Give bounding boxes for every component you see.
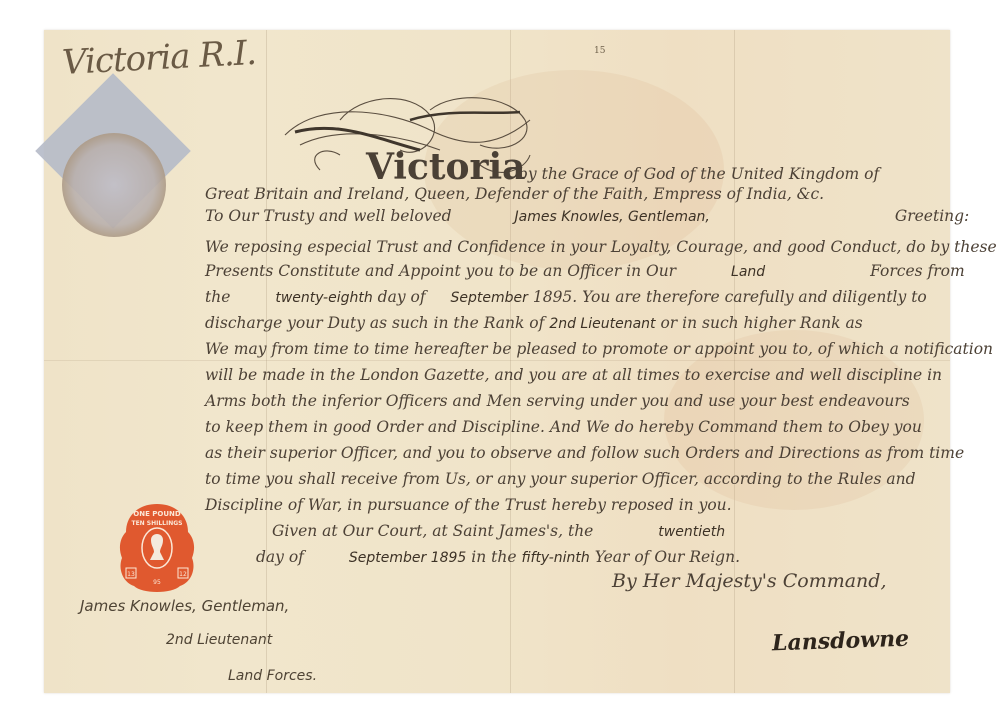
body-line-11: to keep them in good Order and Disciplin… xyxy=(205,418,922,436)
body-line-1: by the Grace of God of the United Kingdo… xyxy=(518,165,879,183)
fold-line xyxy=(266,30,267,693)
body-line-9: will be made in the London Gazette, and … xyxy=(205,366,942,384)
filled-forces: Land xyxy=(731,264,765,280)
body-line-8: We may from time to time hereafter be pl… xyxy=(205,340,993,358)
body-line-10: Arms both the inferior Officers and Men … xyxy=(205,392,910,410)
filled-day: twenty-eighth xyxy=(275,290,372,306)
filled-given-day: twentieth xyxy=(658,524,725,540)
body-line-2: Great Britain and Ireland, Queen, Defend… xyxy=(205,185,824,203)
body-line-3: To Our Trusty and well beloved James Kno… xyxy=(205,207,969,225)
body-line-5: Presents Constitute and Appoint you to b… xyxy=(205,262,965,280)
docket-force: Land Forces. xyxy=(228,668,317,684)
given-at-line: Given at Our Court, at Saint James's, th… xyxy=(272,522,725,540)
filled-month: September xyxy=(451,290,528,306)
body-line-14: Discipline of War, in pursuance of the T… xyxy=(205,496,732,514)
body-line-7: discharge your Duty as such in the Rank … xyxy=(205,314,863,332)
page-number: 15 xyxy=(594,46,605,56)
filled-name: James Knowles, Gentleman, xyxy=(515,209,710,225)
minister-signature: Lansdowne xyxy=(772,626,910,657)
body-line-4: We reposing especial Trust and Confidenc… xyxy=(205,238,997,256)
docket-name: James Knowles, Gentleman, xyxy=(80,597,289,615)
body-line-12: as their superior Officer, and you to ob… xyxy=(205,444,964,462)
filled-rank: 2nd Lieutenant xyxy=(549,316,655,332)
document-title: Victoria xyxy=(366,146,526,188)
svg-text:TEN SHILLINGS: TEN SHILLINGS xyxy=(131,520,182,527)
svg-text:95: 95 xyxy=(153,579,161,586)
body-line-13: to time you shall receive from Us, or an… xyxy=(205,470,916,488)
filled-given-month-year: September 1895 xyxy=(349,550,466,566)
docket-rank: 2nd Lieutenant xyxy=(166,632,272,648)
reign-year-line: day of September 1895 in the fifty-ninth… xyxy=(256,548,740,566)
svg-text:13: 13 xyxy=(127,571,135,578)
filled-reign-year: fifty-ninth xyxy=(521,550,589,566)
wafer-seal xyxy=(62,133,166,237)
svg-text:ONE POUND: ONE POUND xyxy=(133,510,181,518)
svg-text:12: 12 xyxy=(179,571,187,578)
body-line-6: the twenty-eighth day of September 1895.… xyxy=(205,288,927,306)
command-line: By Her Majesty's Command, xyxy=(612,570,887,592)
revenue-stamp-icon: ONE POUND TEN SHILLINGS 13 12 95 xyxy=(118,502,196,594)
